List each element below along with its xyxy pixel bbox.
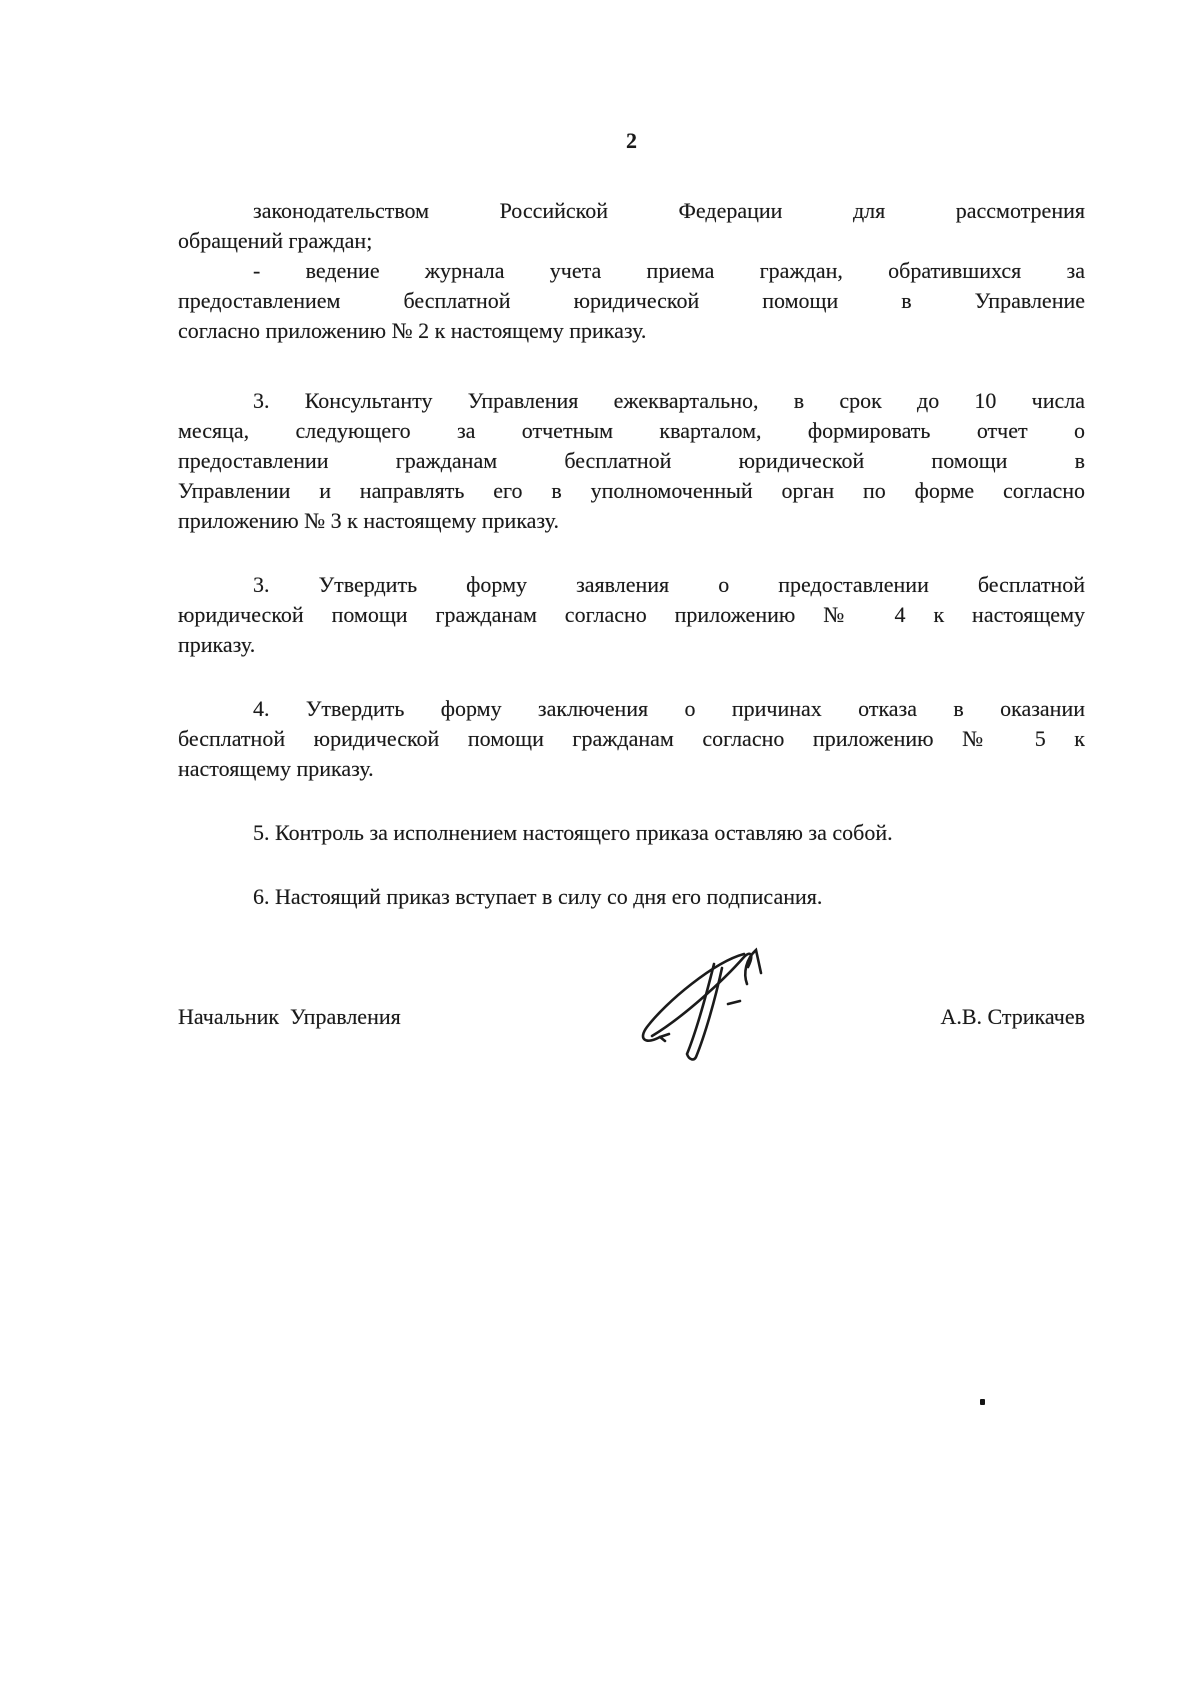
text-line: - ведение журнала учета приема граждан, …: [178, 256, 1085, 286]
text-line: настоящему приказу.: [178, 754, 1085, 784]
handwritten-signature: [630, 940, 780, 1068]
signer-title: Начальник Управления: [178, 1002, 401, 1032]
text-line: Управлении и направлять его в уполномоче…: [178, 476, 1085, 506]
paragraph-item-5: 5. Контроль за исполнением настоящего пр…: [178, 818, 1085, 848]
paragraph-item-6: 6. Настоящий приказ вступает в силу со д…: [178, 882, 1085, 912]
document-page: 2 законодательством Российской Федерации…: [0, 0, 1200, 1681]
text-line: согласно приложению № 2 к настоящему при…: [178, 316, 1085, 346]
text-line: законодательством Российской Федерации д…: [178, 196, 1085, 226]
text-line: предоставлении гражданам бесплатной юрид…: [178, 446, 1085, 476]
signature-block: Начальник Управления А.В. Стрикачев: [178, 1002, 1085, 1032]
text-line: приказу.: [178, 630, 1085, 660]
ink-speck: [980, 1399, 985, 1405]
text-line: месяца, следующего за отчетным кварталом…: [178, 416, 1085, 446]
signer-name: А.В. Стрикачев: [940, 1002, 1085, 1032]
text-line: приложению № 3 к настоящему приказу.: [178, 506, 1085, 536]
text-line: обращений граждан;: [178, 226, 1085, 256]
paragraph-continuation: законодательством Российской Федерации д…: [178, 196, 1085, 256]
page-number: 2: [178, 126, 1085, 156]
text-line: 5. Контроль за исполнением настоящего пр…: [178, 818, 1085, 848]
text-line: 4. Утвердить форму заключения о причинах…: [178, 694, 1085, 724]
text-line: предоставлением бесплатной юридической п…: [178, 286, 1085, 316]
text-line: 3. Консультанту Управления ежеквартально…: [178, 386, 1085, 416]
text-line: бесплатной юридической помощи гражданам …: [178, 724, 1085, 754]
paragraph-item-3b: 3. Утвердить форму заявления о предостав…: [178, 570, 1085, 660]
page-content: 2 законодательством Российской Федерации…: [178, 0, 1085, 1032]
text-line: 6. Настоящий приказ вступает в силу со д…: [178, 882, 1085, 912]
paragraph-list-item: - ведение журнала учета приема граждан, …: [178, 256, 1085, 346]
text-line: 3. Утвердить форму заявления о предостав…: [178, 570, 1085, 600]
paragraph-item-4: 4. Утвердить форму заключения о причинах…: [178, 694, 1085, 784]
paragraph-item-3a: 3. Консультанту Управления ежеквартально…: [178, 386, 1085, 536]
text-line: юридической помощи гражданам согласно пр…: [178, 600, 1085, 630]
